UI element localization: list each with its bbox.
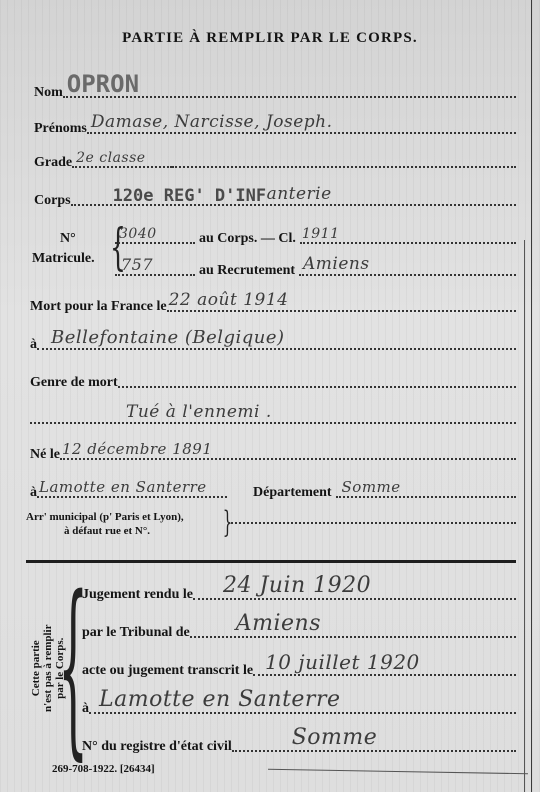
tribunal-value: Amiens xyxy=(236,611,321,636)
naissance-date-label: Né le xyxy=(30,448,60,462)
departement-value: Somme xyxy=(342,478,401,496)
jugement-rendu-value: 24 Juin 1920 xyxy=(223,573,371,598)
section-divider xyxy=(26,560,516,563)
field-grade: Grade 2e classe xyxy=(34,148,516,170)
au-corps-label: au Corps. — Cl. xyxy=(199,232,296,246)
classe-value: 1911 xyxy=(302,226,340,242)
departement-label: Département xyxy=(253,486,332,500)
field-mort-lieu: à Bellefontaine (Belgique) xyxy=(30,330,516,352)
transcrit-lieu-label: à xyxy=(82,702,89,716)
prenoms-label: Prénoms xyxy=(34,122,87,136)
mort-lieu-value: Bellefontaine (Belgique) xyxy=(51,327,285,348)
mort-date-value: 22 août 1914 xyxy=(169,290,289,310)
footer-line xyxy=(268,769,528,775)
field-transcrit-lieu: à Lamotte en Santerre xyxy=(82,694,516,716)
matricule-label: Matricule. xyxy=(32,252,95,266)
nom-label: Nom xyxy=(34,86,63,100)
au-recrutement-label: au Recrutement xyxy=(199,264,295,278)
transcrit-label: acte ou jugement transcrit le xyxy=(82,664,253,678)
prenoms-value: Damase, Narcisse, Joseph. xyxy=(91,112,333,132)
genre-mort-label: Genre de mort xyxy=(30,376,118,390)
arrondissement-label-2: à défaut rue et N°. xyxy=(64,525,150,537)
registre-value: Somme xyxy=(292,725,378,750)
field-corps: Corps 120e REG' D'INF anterie xyxy=(34,186,516,208)
naissance-lieu-label: à xyxy=(30,486,37,500)
side-note-line: n'est pas à remplir xyxy=(42,625,54,713)
field-jugement-rendu: Jugement rendu le 24 Juin 1920 xyxy=(82,580,516,602)
matricule-recrutement-number: 757 xyxy=(121,255,153,274)
recrutement-value: Amiens xyxy=(303,254,370,274)
arrondissement-label-1: Arr' municipal (p' Paris et Lyon), xyxy=(26,511,184,523)
corps-label: Corps xyxy=(34,194,71,208)
field-prenoms: Prénoms Damase, Narcisse, Joseph. xyxy=(34,114,516,136)
corps-stamp: 120e REG' D'INF xyxy=(113,186,267,206)
corps-value: anterie xyxy=(267,184,332,204)
field-nom: Nom OPRON xyxy=(34,78,516,100)
page-edge-line xyxy=(524,240,525,792)
nom-value: OPRON xyxy=(67,70,139,98)
page-edge-line xyxy=(531,0,532,792)
registre-label: N° du registre d'état civil xyxy=(82,740,232,754)
field-registre: N° du registre d'état civil Somme xyxy=(82,732,516,754)
naissance-date-value: 12 décembre 1891 xyxy=(62,440,212,458)
jugement-rendu-label: Jugement rendu le xyxy=(82,588,193,602)
transcrit-lieu-value: Lamotte en Santerre xyxy=(99,687,340,712)
side-note-line: Cette partie xyxy=(30,625,42,713)
genre-mort-value: Tué à l'ennemi . xyxy=(126,402,272,422)
mort-lieu-label: à xyxy=(30,338,37,352)
print-reference: 269-708-1922. [26434] xyxy=(52,763,155,775)
grade-value: 2e classe xyxy=(76,150,145,166)
document-page: PARTIE À REMPLIR PAR LE CORPS. Nom OPRON… xyxy=(0,0,540,792)
field-tribunal: par le Tribunal de Amiens xyxy=(82,618,516,640)
transcrit-value: 10 juillet 1920 xyxy=(265,650,420,674)
matricule-label-no: N° xyxy=(60,232,76,246)
naissance-lieu-value: Lamotte en Santerre xyxy=(39,478,207,496)
grade-label: Grade xyxy=(34,156,72,170)
field-genre-mort: Genre de mort xyxy=(30,368,516,390)
field-mort-date: Mort pour la France le 22 août 1914 xyxy=(30,292,516,314)
tribunal-label: par le Tribunal de xyxy=(82,626,190,640)
field-transcrit: acte ou jugement transcrit le 10 juillet… xyxy=(82,656,516,678)
field-naissance-lieu: à Lamotte en Santerre Département Somme xyxy=(30,478,516,500)
field-naissance-date: Né le 12 décembre 1891 xyxy=(30,440,516,462)
matricule-corps-number: 3040 xyxy=(119,226,157,242)
form-header: PARTIE À REMPLIR PAR LE CORPS. xyxy=(0,30,540,47)
mort-date-label: Mort pour la France le xyxy=(30,300,167,314)
